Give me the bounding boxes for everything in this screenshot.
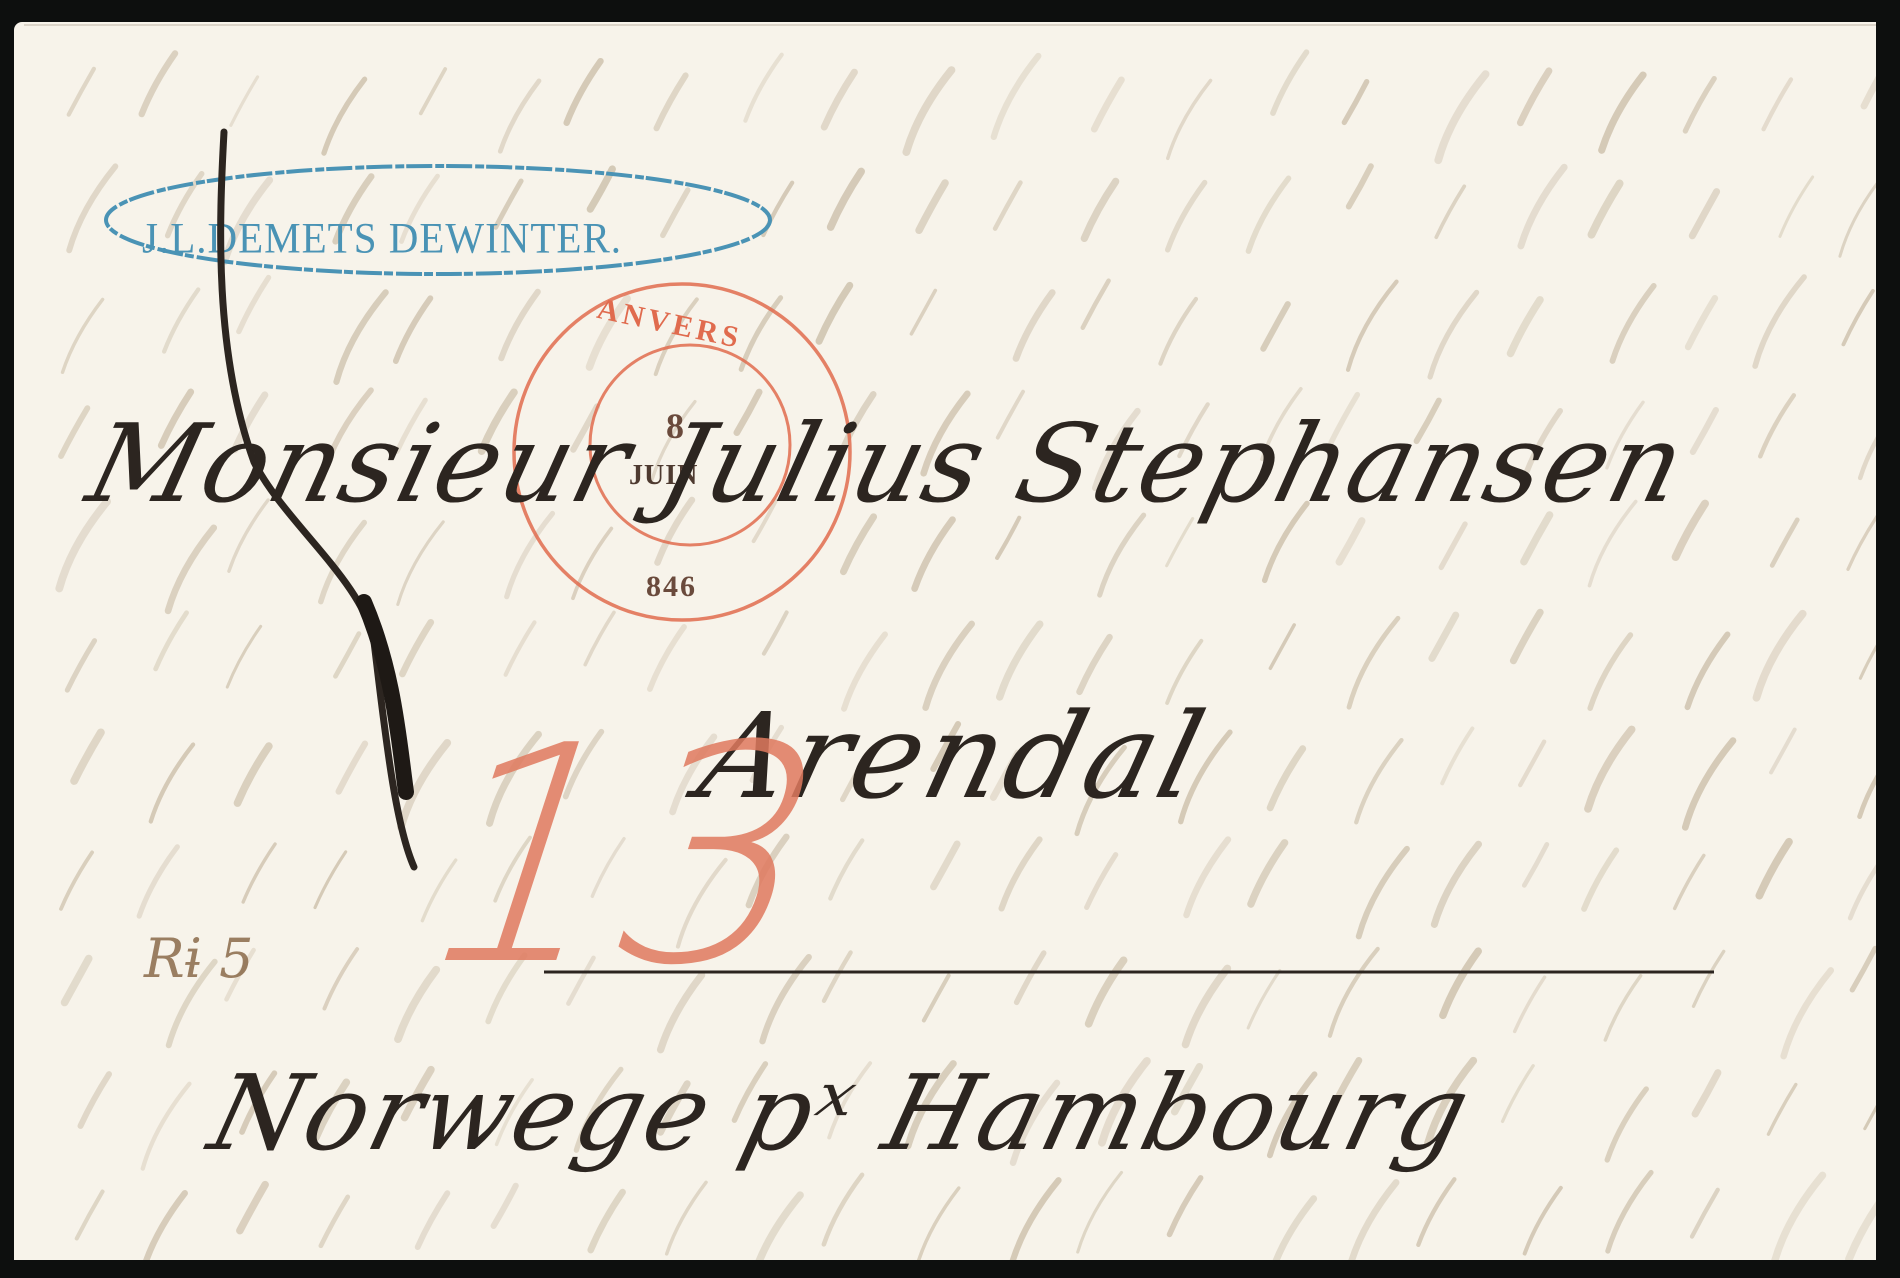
address-line-recipient: Monsieur Julius Stephansen [76, 402, 1698, 527]
letter-sheet: J.L.DEMETS DEWINTER. ANVERS 8 JUIN 846 M… [14, 22, 1876, 1260]
docket-note: Rɨ 5 [144, 927, 253, 990]
address-line-route: Norwege pˣ Hambourg [199, 1052, 1483, 1174]
